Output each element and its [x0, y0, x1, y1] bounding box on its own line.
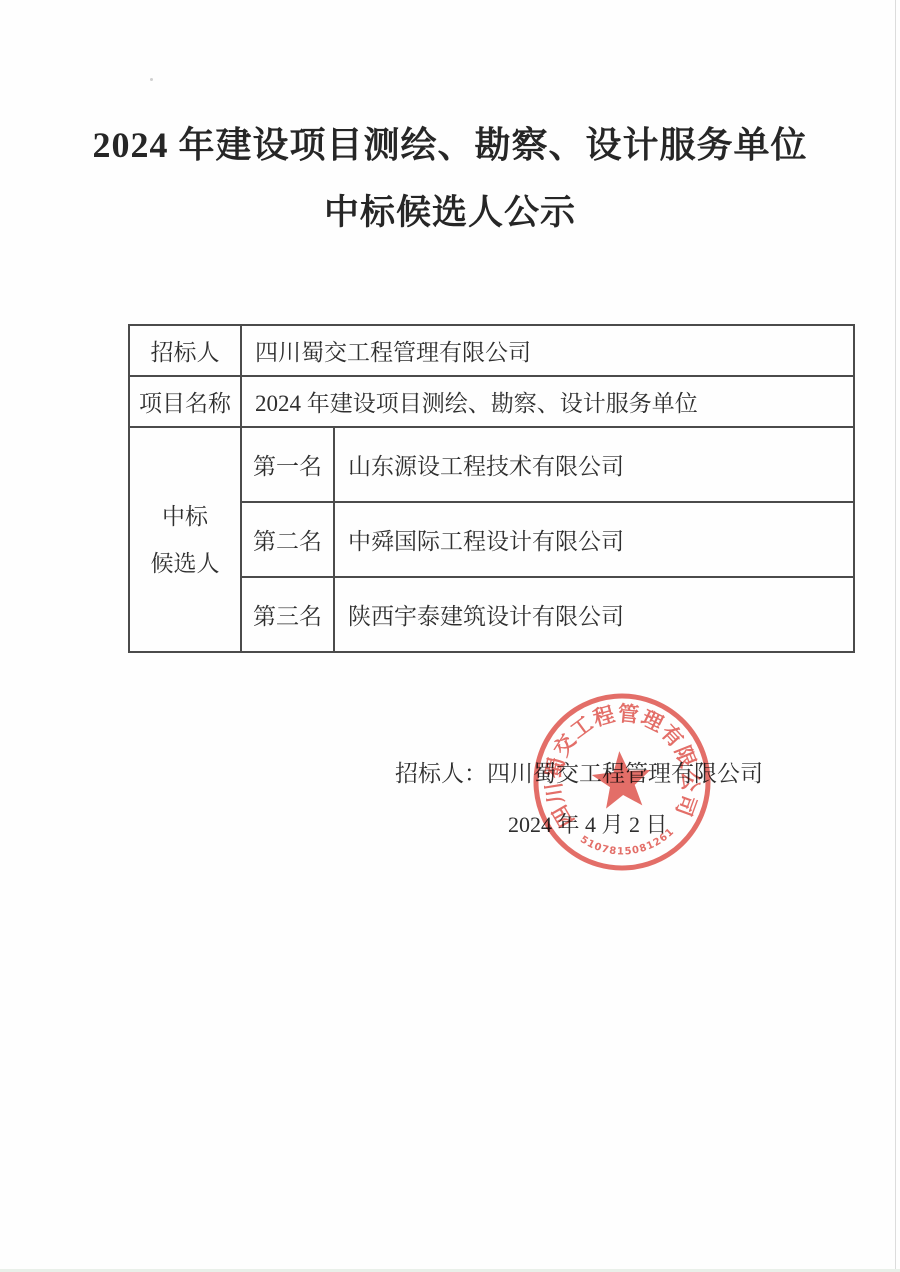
table-row-project-name: 项目名称 2024 年建设项目测绘、勘察、设计服务单位	[129, 376, 854, 427]
svg-text:0: 0	[631, 845, 640, 857]
candidate-1-rank: 第一名	[241, 427, 334, 502]
table-row-tenderer: 招标人 四川蜀交工程管理有限公司	[129, 325, 854, 376]
scan-edge-right	[895, 0, 896, 1272]
document-page: 2024 年建设项目测绘、勘察、设计服务单位 中标候选人公示 招标人 四川蜀交工…	[0, 0, 900, 1272]
candidates-label: 中标 候选人	[129, 427, 241, 652]
candidate-3-rank: 第三名	[241, 577, 334, 652]
document-title-line1: 2024 年建设项目测绘、勘察、设计服务单位	[0, 127, 900, 163]
svg-text:7: 7	[600, 844, 609, 856]
signoff-tenderer-line: 招标人：四川蜀交工程管理有限公司	[395, 759, 763, 789]
svg-text:管: 管	[617, 701, 640, 727]
candidate-2-rank: 第二名	[241, 502, 334, 577]
svg-text:1: 1	[585, 838, 596, 851]
svg-text:8: 8	[609, 845, 617, 857]
candidates-label-line1: 中标	[130, 493, 240, 540]
project-name-value: 2024 年建设项目测绘、勘察、设计服务单位	[241, 376, 854, 427]
candidate-2-company: 中舜国际工程设计有限公司	[334, 502, 854, 577]
document-title-line2: 中标候选人公示	[0, 195, 900, 230]
project-name-label: 项目名称	[129, 376, 241, 427]
svg-text:8: 8	[638, 842, 648, 855]
svg-text:5: 5	[624, 846, 632, 858]
svg-text:程: 程	[591, 702, 618, 731]
candidate-1-company: 山东源设工程技术有限公司	[334, 427, 854, 502]
svg-text:1: 1	[645, 840, 656, 853]
svg-text:工: 工	[566, 711, 597, 743]
svg-text:有: 有	[656, 720, 688, 752]
scan-speck	[150, 78, 153, 81]
table-row-candidate-1: 中标 候选人 第一名 山东源设工程技术有限公司	[129, 427, 854, 502]
svg-text:司: 司	[671, 791, 701, 819]
svg-text:交: 交	[549, 730, 581, 761]
tenderer-value: 四川蜀交工程管理有限公司	[241, 325, 854, 376]
svg-text:0: 0	[592, 841, 602, 854]
svg-text:1: 1	[617, 846, 624, 857]
svg-text:理: 理	[637, 706, 667, 737]
signoff-date: 2024 年 4 月 2 日	[508, 811, 668, 840]
bid-info-table: 招标人 四川蜀交工程管理有限公司 项目名称 2024 年建设项目测绘、勘察、设计…	[128, 324, 855, 653]
tenderer-label: 招标人	[129, 325, 241, 376]
candidates-label-line2: 候选人	[130, 540, 240, 587]
candidate-3-company: 陕西宇泰建筑设计有限公司	[334, 577, 854, 652]
